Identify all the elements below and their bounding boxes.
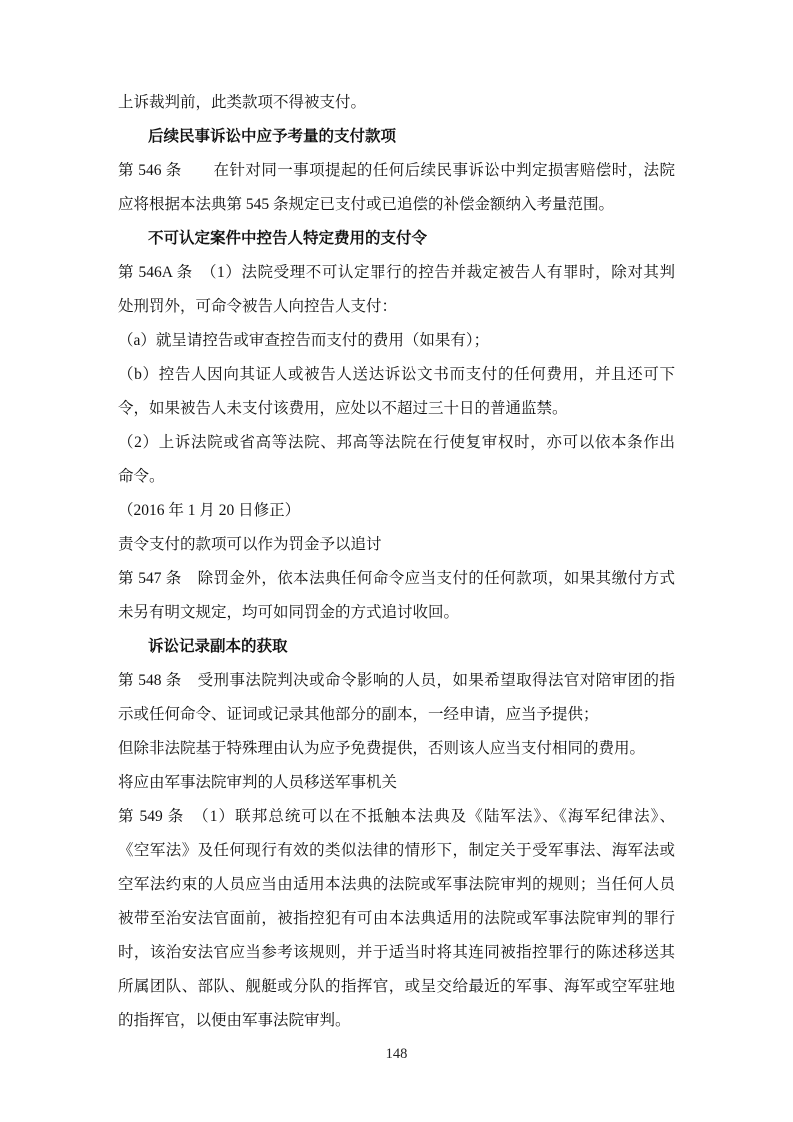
page-number: 148 [0,1044,793,1064]
section-heading: 后续民事诉讼中应予考量的支付款项 [118,120,675,154]
text-line: 第 549 条 （1）联邦总统可以在不抵触本法典及《陆军法》、《海军纪律法》、 [118,800,675,834]
text-line: 令，如果被告人未支付该费用，应处以不超过三十日的普通监禁。 [118,392,675,426]
text-line: 应将根据本法典第 545 条规定已支付或已追偿的补偿金额纳入考量范围。 [118,188,675,222]
text-line: （2）上诉法院或省高等法院、邦高等法院在行使复审权时，亦可以依本条作出 [118,426,675,460]
text-line: 所属团队、部队、舰艇或分队的指挥官，或呈交给最近的军事、海军或空军驻地 [118,970,675,1004]
text-line: 时，该治安法官应当参考该规则，并于适当时将其连同被指控罪行的陈述移送其 [118,936,675,970]
section-heading: 诉讼记录副本的获取 [118,630,675,664]
text-line: 被带至治安法官面前，被指控犯有可由本法典适用的法院或军事法院审判的罪行 [118,902,675,936]
text-line: 的指挥官，以便由军事法院审判。 [118,1004,675,1038]
section-heading: 不可认定案件中控告人特定费用的支付令 [118,222,675,256]
text-line: 处刑罚外，可命令被告人向控告人支付： [118,290,675,324]
text-line: （b）控告人因向其证人或被告人送达诉讼文书而支付的任何费用，并且还可下 [118,358,675,392]
text-line: 《空军法》及任何现行有效的类似法律的情形下，制定关于受军事法、海军法或 [118,834,675,868]
text-line: （2016 年 1 月 20 日修正） [118,494,675,528]
text-line: 空军法约束的人员应当由适用本法典的法院或军事法院审判的规则；当任何人员 [118,868,675,902]
text-line: 上诉裁判前，此类款项不得被支付。 [118,86,675,120]
text-line: 但除非法院基于特殊理由认为应予免费提供，否则该人应当支付相同的费用。 [118,732,675,766]
document-body: 上诉裁判前，此类款项不得被支付。后续民事诉讼中应予考量的支付款项第 546 条 … [118,86,675,1038]
text-line: 命令。 [118,460,675,494]
text-line: 第 546A 条 （1）法院受理不可认定罪行的控告并裁定被告人有罪时，除对其判 [118,256,675,290]
text-line: 第 547 条 除罚金外，依本法典任何命令应当支付的任何款项，如果其缴付方式 [118,562,675,596]
text-line: 第 546 条 在针对同一事项提起的任何后续民事诉讼中判定损害赔偿时，法院 [118,154,675,188]
text-line: 将应由军事法院审判的人员移送军事机关 [118,766,675,800]
document-page: 上诉裁判前，此类款项不得被支付。后续民事诉讼中应予考量的支付款项第 546 条 … [0,0,793,1122]
text-line: 责令支付的款项可以作为罚金予以追讨 [118,528,675,562]
text-line: 示或任何命令、证词或记录其他部分的副本，一经申请，应当予提供； [118,698,675,732]
text-line: （a）就呈请控告或审查控告而支付的费用（如果有）； [118,324,675,358]
text-line: 第 548 条 受刑事法院判决或命令影响的人员，如果希望取得法官对陪审团的指 [118,664,675,698]
text-line: 未另有明文规定，均可如同罚金的方式追讨收回。 [118,596,675,630]
